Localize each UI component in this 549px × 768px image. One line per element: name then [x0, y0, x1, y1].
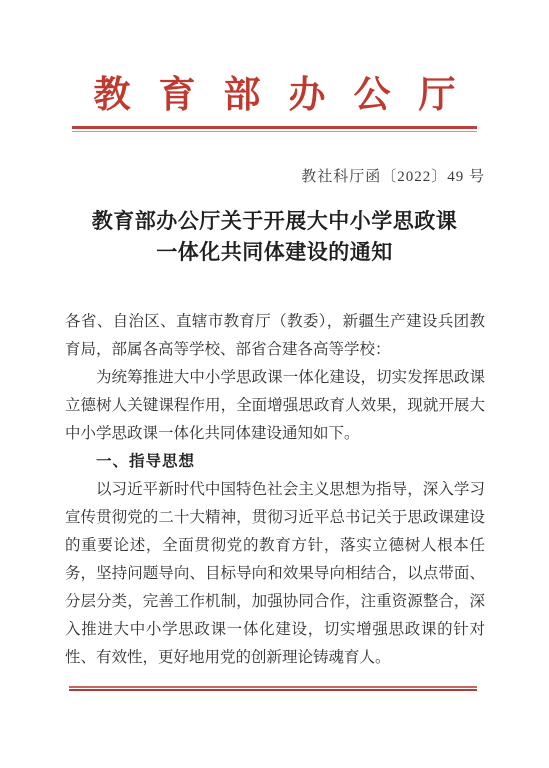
- letterhead-rule-thin: [72, 131, 477, 132]
- intro-paragraph: 为统筹推进大中小学思政课一体化建设，切实发挥思政课立德树人关键课程作用，全面增强…: [65, 364, 485, 448]
- letterhead-rule-thick: [72, 126, 477, 129]
- document-title: 教育部办公厅关于开展大中小学思政课 一体化共同体建设的通知: [0, 206, 549, 268]
- document-page: 教育部办公厅 教社科厅函〔2022〕49 号 教育部办公厅关于开展大中小学思政课…: [0, 0, 549, 768]
- document-number: 教社科厅函〔2022〕49 号: [65, 165, 485, 186]
- footer-rule: [69, 686, 477, 691]
- document-body: 各省、自治区、直辖市教育厅（教委），新疆生产建设兵团教育局，部属各高等学校、部省…: [65, 308, 485, 672]
- document-title-line2: 一体化共同体建设的通知: [0, 237, 549, 268]
- section1-heading: 一、指导思想: [65, 448, 485, 476]
- document-title-line1: 教育部办公厅关于开展大中小学思政课: [0, 206, 549, 237]
- footer-rule-thick: [69, 689, 477, 692]
- footer-rule-thin: [69, 686, 477, 688]
- letterhead-rule: [72, 126, 477, 132]
- section1-paragraph: 以习近平新时代中国特色社会主义思想为指导，深入学习宣传贯彻党的二十大精神，贯彻习…: [65, 476, 485, 672]
- recipients-paragraph: 各省、自治区、直辖市教育厅（教委），新疆生产建设兵团教育局，部属各高等学校、部省…: [65, 308, 485, 364]
- letterhead-agency-name: 教育部办公厅: [0, 64, 549, 118]
